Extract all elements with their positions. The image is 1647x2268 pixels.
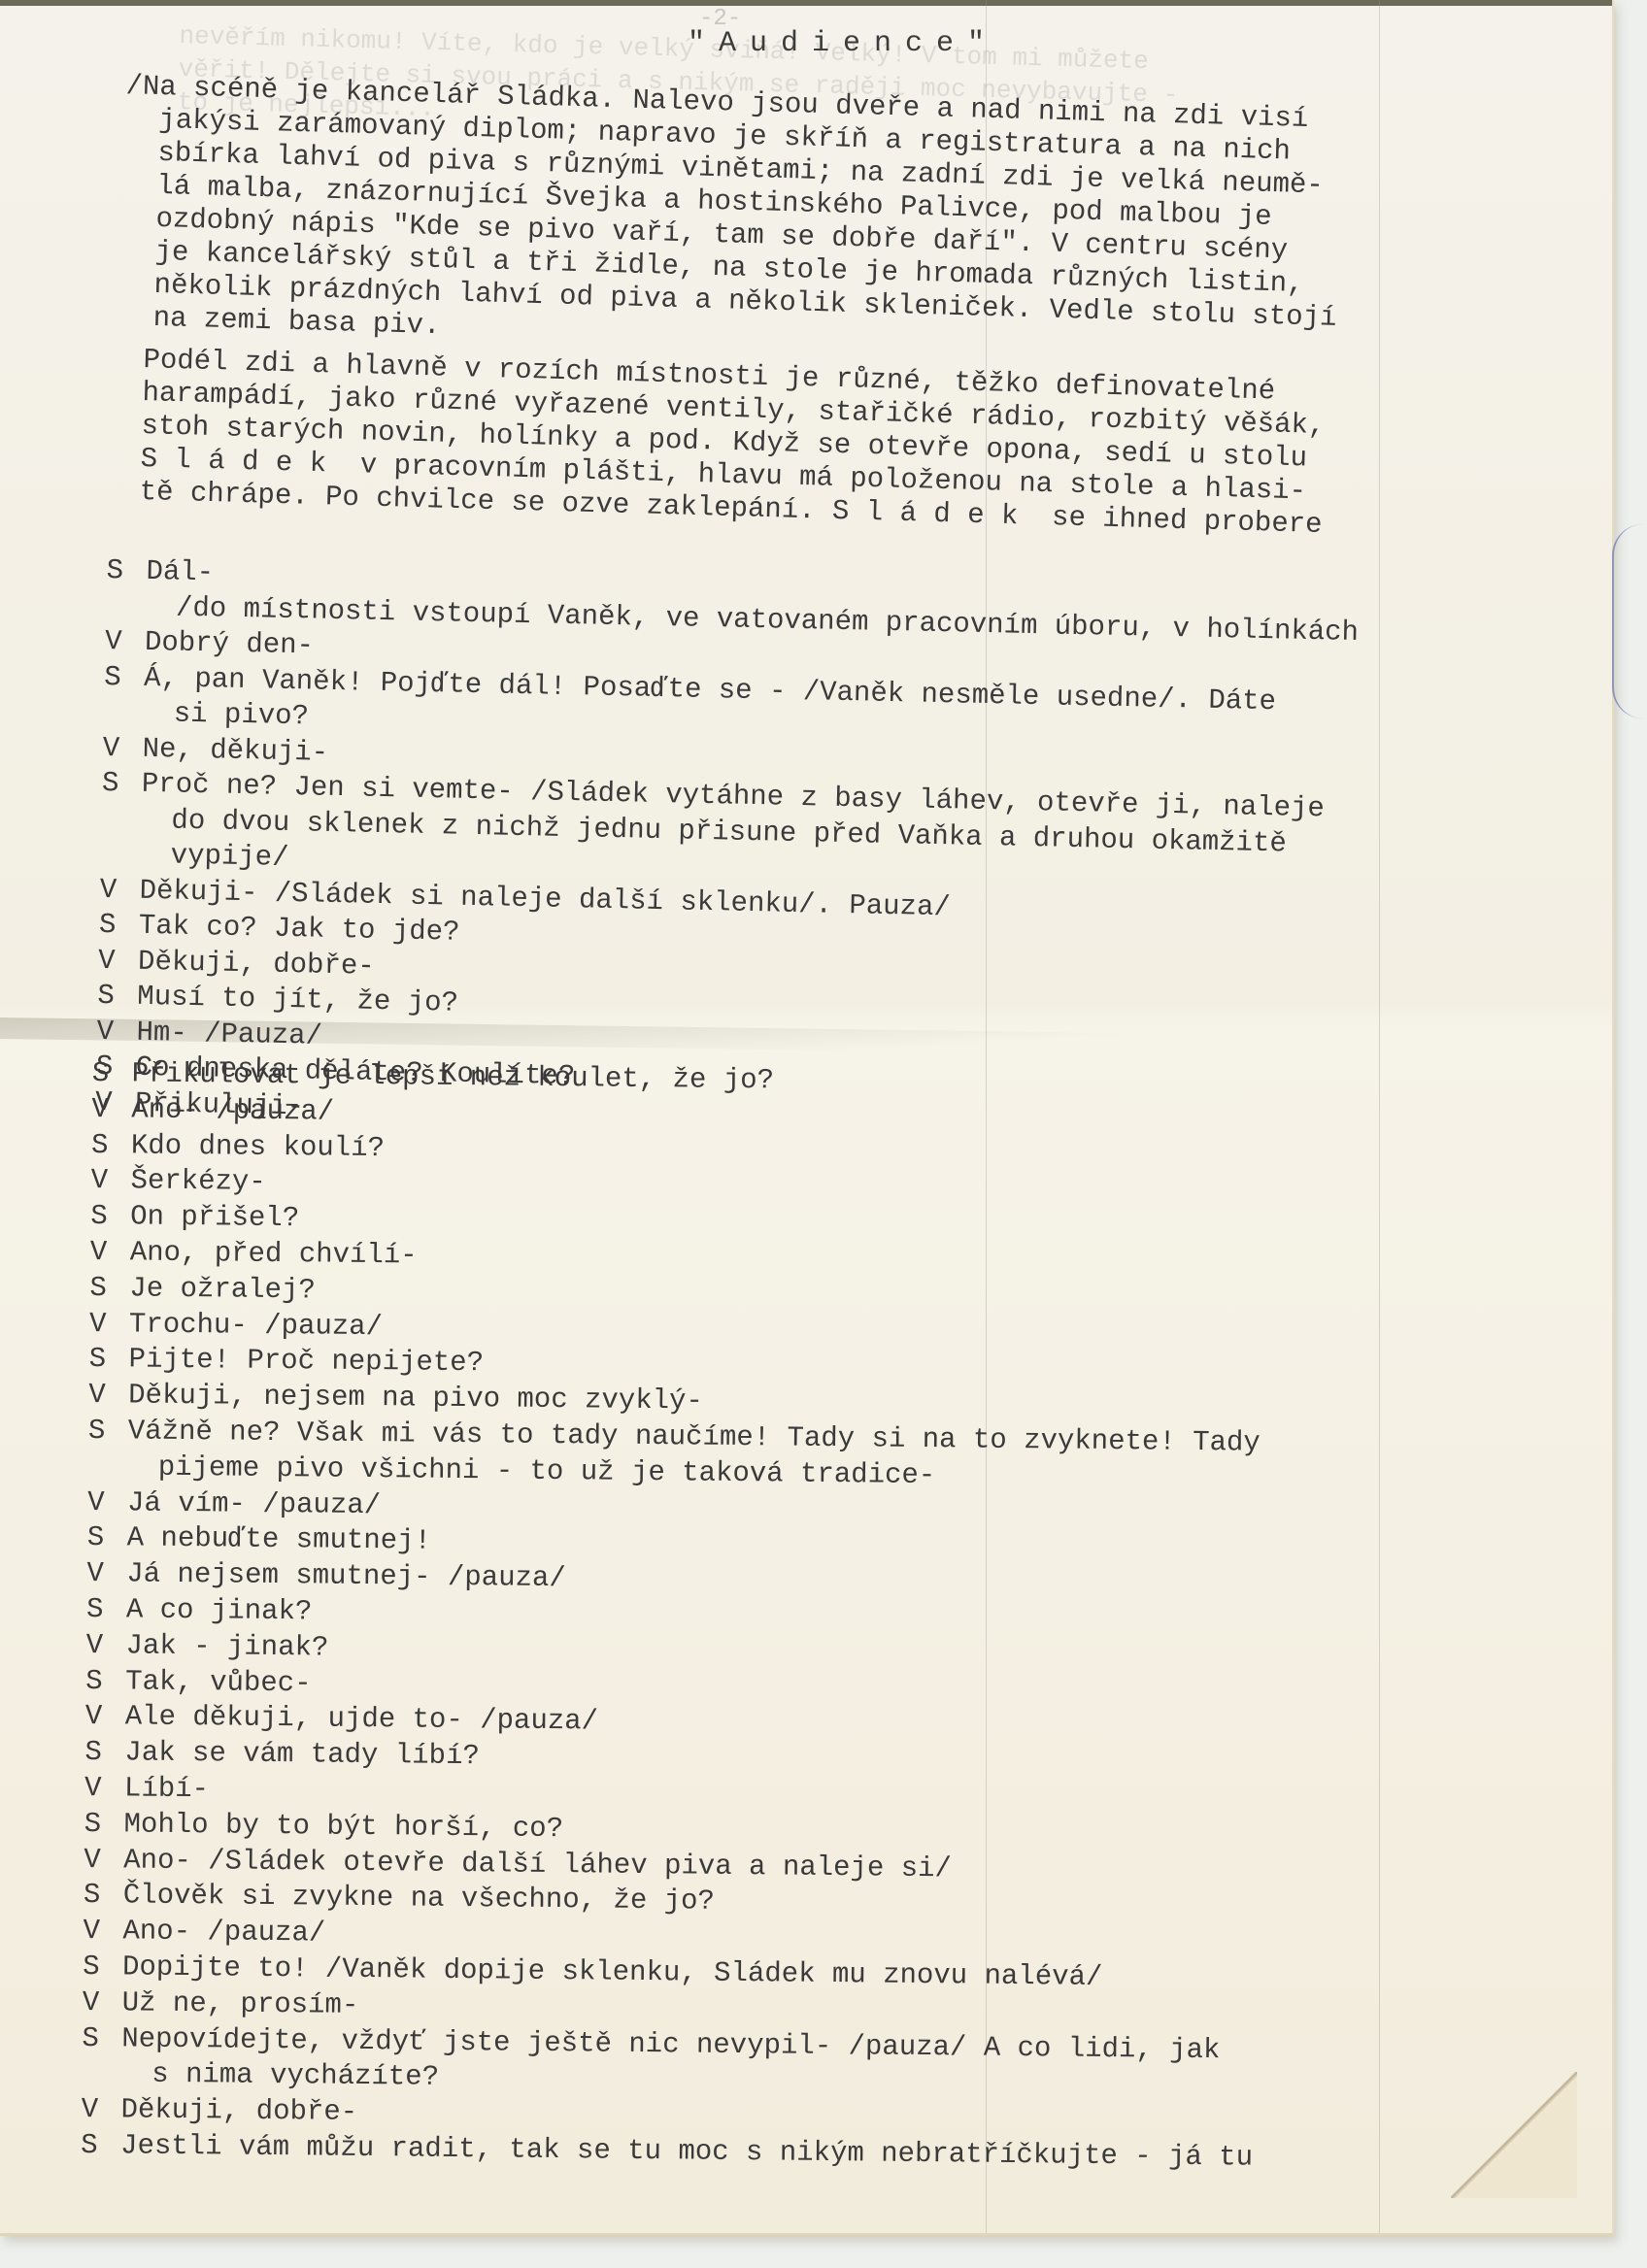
speaker-label: S — [99, 908, 122, 944]
speaker-label: S — [92, 1056, 116, 1092]
speaker-label: V — [90, 1163, 114, 1199]
speaker-label: S — [84, 1735, 108, 1771]
speaker-label: V — [98, 943, 121, 979]
typewritten-page: -2- nevěřím nikomu! Víte, kdo je velký s… — [0, 0, 1614, 2236]
dialogue-text: Děkuji, dobře- — [120, 945, 375, 982]
stage-direction-continued: Podél zdi a hlavně v rozích místnosti je… — [139, 344, 1326, 542]
speaker-label: S — [90, 1199, 114, 1235]
dialogue-text: A nebuďte smutnej! — [110, 1522, 431, 1557]
dialogue-text: Jak - jinak? — [109, 1629, 329, 1663]
speaker-label: S — [84, 1807, 108, 1843]
dialogue-text: Jak se vám tady líbí? — [108, 1736, 480, 1772]
speaker-label: V — [91, 1092, 115, 1128]
speaker-label: S — [87, 1520, 111, 1556]
dialogue-text: Ano- /Sládek otevře další láhev piva a n… — [107, 1844, 952, 1884]
dialogue-text: vypije/ — [123, 838, 289, 874]
speaker-label: V — [96, 1014, 119, 1050]
speaker-label: V — [102, 730, 125, 766]
speaker-label: V — [81, 2092, 104, 2128]
speaker-label: V — [84, 1771, 108, 1807]
dialogue-text: Mohlo by to být horší, co? — [107, 1808, 563, 1845]
dialogue-text: Hm- /Pauza/ — [119, 1016, 322, 1051]
dialogue-text: si pivo? — [126, 696, 310, 732]
dialogue-text: Ano, před chvílí- — [113, 1236, 418, 1271]
speaker-label: S — [89, 1271, 113, 1307]
dialogue-text: pijeme pivo všichni - to už je taková tr… — [111, 1451, 936, 1491]
speaker-label: V — [83, 1914, 106, 1950]
dialogue-text: Dál- — [129, 554, 215, 588]
speaker-label: V — [87, 1485, 111, 1521]
speaker-label: V — [85, 1628, 109, 1664]
speaker-label: V — [105, 624, 128, 660]
speaker-label: V — [88, 1378, 112, 1414]
dialogue-text: Pijte! Proč nepijete? — [112, 1344, 484, 1380]
speaker-label: S — [86, 1592, 110, 1628]
speaker-label: V — [85, 1699, 109, 1735]
dialogue-text: Ano- /pauza/ — [115, 1093, 335, 1127]
speaker-label: S — [83, 1950, 106, 1985]
dialogue-text: Já nejsem smutnej- /pauza/ — [110, 1557, 566, 1594]
dialogue-text: Je ožralej? — [113, 1272, 316, 1306]
speaker-label: S — [91, 1128, 115, 1164]
dialogue-text: Už ne, prosím- — [105, 1986, 358, 2021]
dialogue-text: Musí to jít, že jo? — [120, 980, 459, 1018]
speaker-label: V — [86, 1556, 110, 1592]
speaker-label: S — [89, 1342, 113, 1378]
speaker-label: V — [84, 1842, 107, 1878]
speaker-label: V — [83, 1985, 106, 2021]
speaker-label: S — [82, 2020, 105, 2056]
dialogue-text: Trochu- /pauza/ — [112, 1308, 383, 1343]
speaker-label: V — [90, 1235, 114, 1271]
speaker-label: S — [106, 553, 129, 589]
dialogue-text: s nima vycházíte? — [104, 2058, 439, 2094]
dialogue-text: Děkuji, nejsem na pivo moc zvyklý- — [112, 1379, 703, 1417]
speaker-label: S — [104, 659, 127, 695]
dialogue-block-lower: S Přikulovat je lepší než koulet, že jo?… — [81, 1056, 1264, 2176]
speaker-label: S — [84, 1878, 107, 1914]
dialogue-text: Přikulovat je lepší než koulet, že jo? — [115, 1057, 774, 1096]
dialogue-text: A co jinak? — [109, 1593, 312, 1627]
speaker-label: S — [81, 2128, 104, 2164]
dialogue-text: Ale děkuji, ujde to- /pauza/ — [108, 1701, 598, 1738]
dialogue-text: On přišel? — [114, 1200, 300, 1234]
folded-corner — [1451, 2072, 1577, 2198]
dialogue-text: Dobrý den- — [127, 625, 314, 661]
dialogue-text: Já vím- /pauza/ — [111, 1486, 382, 1521]
speaker-label: S — [88, 1414, 112, 1450]
paper-crease-line — [1379, 0, 1380, 2233]
dialogue-text: Ne, děkuji- — [125, 732, 328, 768]
pen-mark — [1612, 524, 1643, 718]
dialogue-text: Tak co? Jak to jde? — [121, 909, 460, 948]
speaker-label: S — [85, 1664, 109, 1700]
dialogue-text: Tak, vůbec- — [109, 1665, 312, 1699]
speaker-label: V — [99, 872, 122, 908]
dialogue-text: Děkuji, dobře- — [104, 2093, 357, 2128]
speaker-label: V — [89, 1307, 113, 1343]
opening-stage-direction: /Na scéně je kancelář Sládka. Nalevo jso… — [118, 70, 1342, 368]
dialogue-text: Šerkézy- — [114, 1165, 266, 1199]
scan-top-edge — [0, 0, 1612, 6]
dialogue-text: Člověk si zvykne na všechno, že jo? — [106, 1880, 715, 1918]
speaker-label: S — [97, 979, 120, 1015]
dialogue-text: Líbí- — [107, 1772, 209, 1805]
dialogue-text: Kdo dnes koulí? — [114, 1129, 385, 1164]
play-title: "Audience" — [0, 27, 1647, 60]
speaker-label: S — [102, 766, 125, 802]
dialogue-text: Ano- /pauza/ — [106, 1915, 326, 1949]
